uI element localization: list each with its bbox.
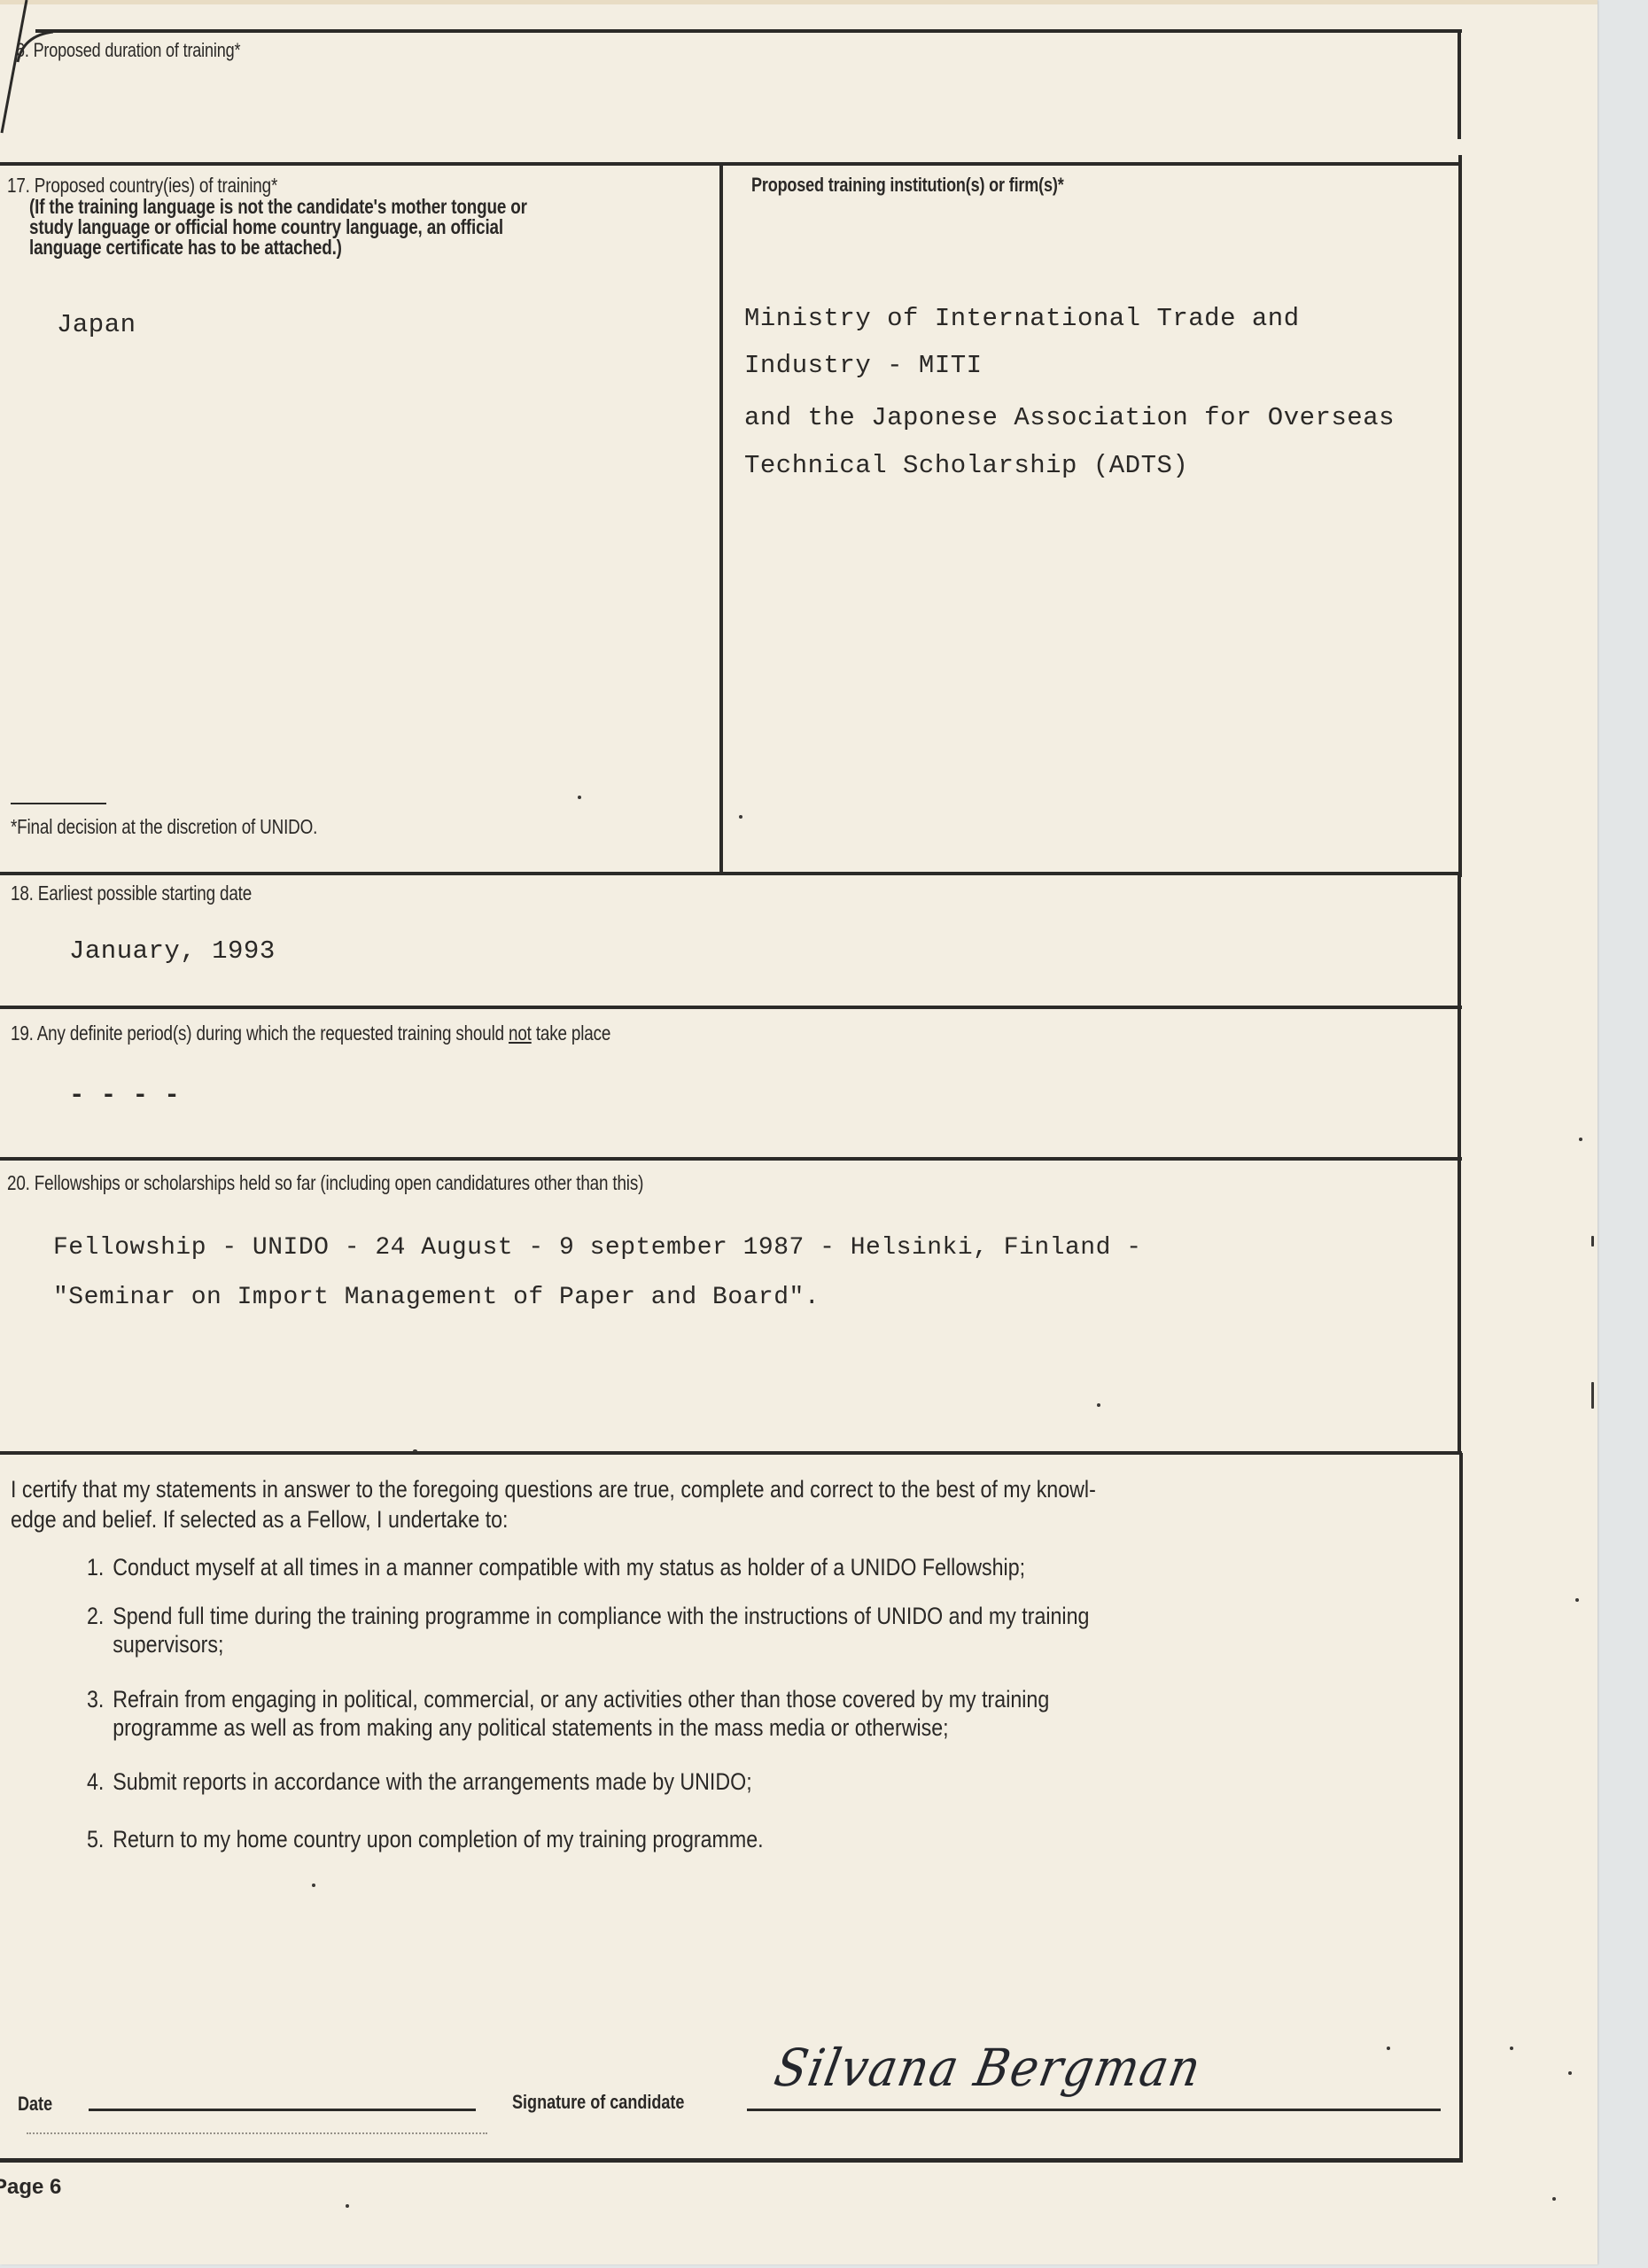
declaration-intro-line-2: edge and belief. If selected as a Fellow… xyxy=(11,1504,509,1534)
scan-speck xyxy=(1568,2071,1572,2075)
scan-speck xyxy=(1097,1403,1100,1407)
undertaking-text: Conduct myself at all times in a manner … xyxy=(113,1554,1025,1581)
q16-label: 6. Proposed duration of training* xyxy=(16,39,240,62)
q19-label: 19. Any definite period(s) during which … xyxy=(11,1021,610,1045)
undertaking-number: 5. xyxy=(87,1825,113,1853)
q19-label-emphasis: not xyxy=(509,1021,532,1045)
q17-institution-line-1[interactable]: Ministry of International Trade and xyxy=(744,304,1300,333)
q19-answer[interactable]: - - - - xyxy=(69,1081,180,1110)
undertaking-item-3: 3.Refrain from engaging in political, co… xyxy=(87,1685,1049,1742)
undertaking-text-continued: programme as well as from making any pol… xyxy=(87,1713,1049,1742)
undertaking-number: 2. xyxy=(87,1602,113,1630)
scan-speck xyxy=(1591,1236,1594,1247)
q20-label: 20. Fellowships or scholarships held so … xyxy=(7,1171,643,1195)
date-label: Date xyxy=(18,2093,52,2116)
q20-answer-line-1[interactable]: Fellowship - UNIDO - 24 August - 9 septe… xyxy=(53,1234,1142,1262)
q17-country-answer[interactable]: Japan xyxy=(57,310,136,339)
scan-speck xyxy=(413,1449,417,1452)
q18-start-date-answer[interactable]: January, 1993 xyxy=(69,936,276,966)
undertaking-number: 4. xyxy=(87,1767,113,1796)
row17-bottom-border xyxy=(0,872,1462,875)
form-border-right-declaration xyxy=(1459,1453,1463,2160)
undertaking-text: Spend full time during the training prog… xyxy=(113,1603,1089,1629)
q20-answer-line-2[interactable]: "Seminar on Import Management of Paper a… xyxy=(53,1284,820,1311)
row18-bottom-border xyxy=(0,1006,1462,1009)
signature-field[interactable] xyxy=(747,2109,1441,2111)
scan-speck xyxy=(1387,2047,1390,2050)
undertaking-item-2: 2.Spend full time during the training pr… xyxy=(87,1602,1089,1658)
undertaking-number: 1. xyxy=(87,1553,113,1581)
undertaking-item-4: 4.Submit reports in accordance with the … xyxy=(87,1767,752,1796)
form-border-right-row18 xyxy=(1458,873,1461,1453)
scan-speck xyxy=(1510,2047,1513,2050)
row17-column-divider xyxy=(719,164,723,873)
undertaking-item-1: 1.Conduct myself at all times in a manne… xyxy=(87,1553,1025,1581)
candidate-signature: Silvana Bergman xyxy=(770,2038,1207,2098)
footnote-rule xyxy=(11,803,106,804)
q16-answer-field[interactable] xyxy=(53,71,1435,151)
row20-bottom-border xyxy=(0,1451,1462,1455)
form-border-right-row17 xyxy=(1458,155,1462,877)
row16-bottom-border xyxy=(0,162,1462,166)
form-border-top xyxy=(35,29,1462,33)
signature-label: Signature of candidate xyxy=(512,2091,684,2114)
undertaking-text: Submit reports in accordance with the ar… xyxy=(113,1768,751,1795)
undertaking-text-continued: supervisors; xyxy=(87,1630,1089,1658)
undertaking-text: Return to my home country upon completio… xyxy=(113,1826,763,1852)
footnote-text: *Final decision at the discretion of UNI… xyxy=(11,815,317,839)
fold-line-decoration xyxy=(0,0,53,177)
q17-institution-label: Proposed training institution(s) or firm… xyxy=(751,174,1064,197)
scan-speck xyxy=(312,1884,315,1887)
scan-speck xyxy=(1575,1598,1579,1602)
document-page: 6. Proposed duration of training* 17. Pr… xyxy=(0,0,1597,2264)
row19-bottom-border xyxy=(0,1157,1462,1161)
undertaking-item-5: 5.Return to my home country upon complet… xyxy=(87,1825,764,1853)
scan-speck xyxy=(1552,2197,1556,2201)
q18-label: 18. Earliest possible starting date xyxy=(11,882,252,905)
scan-speck xyxy=(578,796,581,799)
form-border-bottom xyxy=(0,2158,1463,2163)
declaration-intro-line-1: I certify that my statements in answer t… xyxy=(11,1474,1458,1504)
undertaking-text: Refrain from engaging in political, comm… xyxy=(113,1686,1049,1713)
date-field[interactable] xyxy=(89,2109,476,2111)
q19-label-after: take place xyxy=(532,1021,610,1045)
q17-label: 17. Proposed country(ies) of training* xyxy=(7,174,277,198)
paper-edge xyxy=(0,0,1597,4)
form-border-right-row16 xyxy=(1458,31,1461,139)
faint-dotted-rule xyxy=(27,2132,487,2134)
q17-institution-line-2[interactable]: Industry - MITI xyxy=(744,351,983,380)
scan-speck xyxy=(1579,1138,1582,1141)
page-number: Page 6 xyxy=(0,2175,61,2200)
scan-speck xyxy=(1591,1382,1594,1409)
scan-speck xyxy=(346,2204,349,2208)
scan-speck xyxy=(739,815,742,819)
q17-institution-line-4[interactable]: Technical Scholarship (ADTS) xyxy=(744,451,1188,480)
undertaking-number: 3. xyxy=(87,1685,113,1713)
q19-label-before: 19. Any definite period(s) during which … xyxy=(11,1021,509,1045)
q17-note-line-3: language certificate has to be attached.… xyxy=(29,236,342,260)
q17-institution-line-3[interactable]: and the Japonese Association for Oversea… xyxy=(744,403,1395,432)
